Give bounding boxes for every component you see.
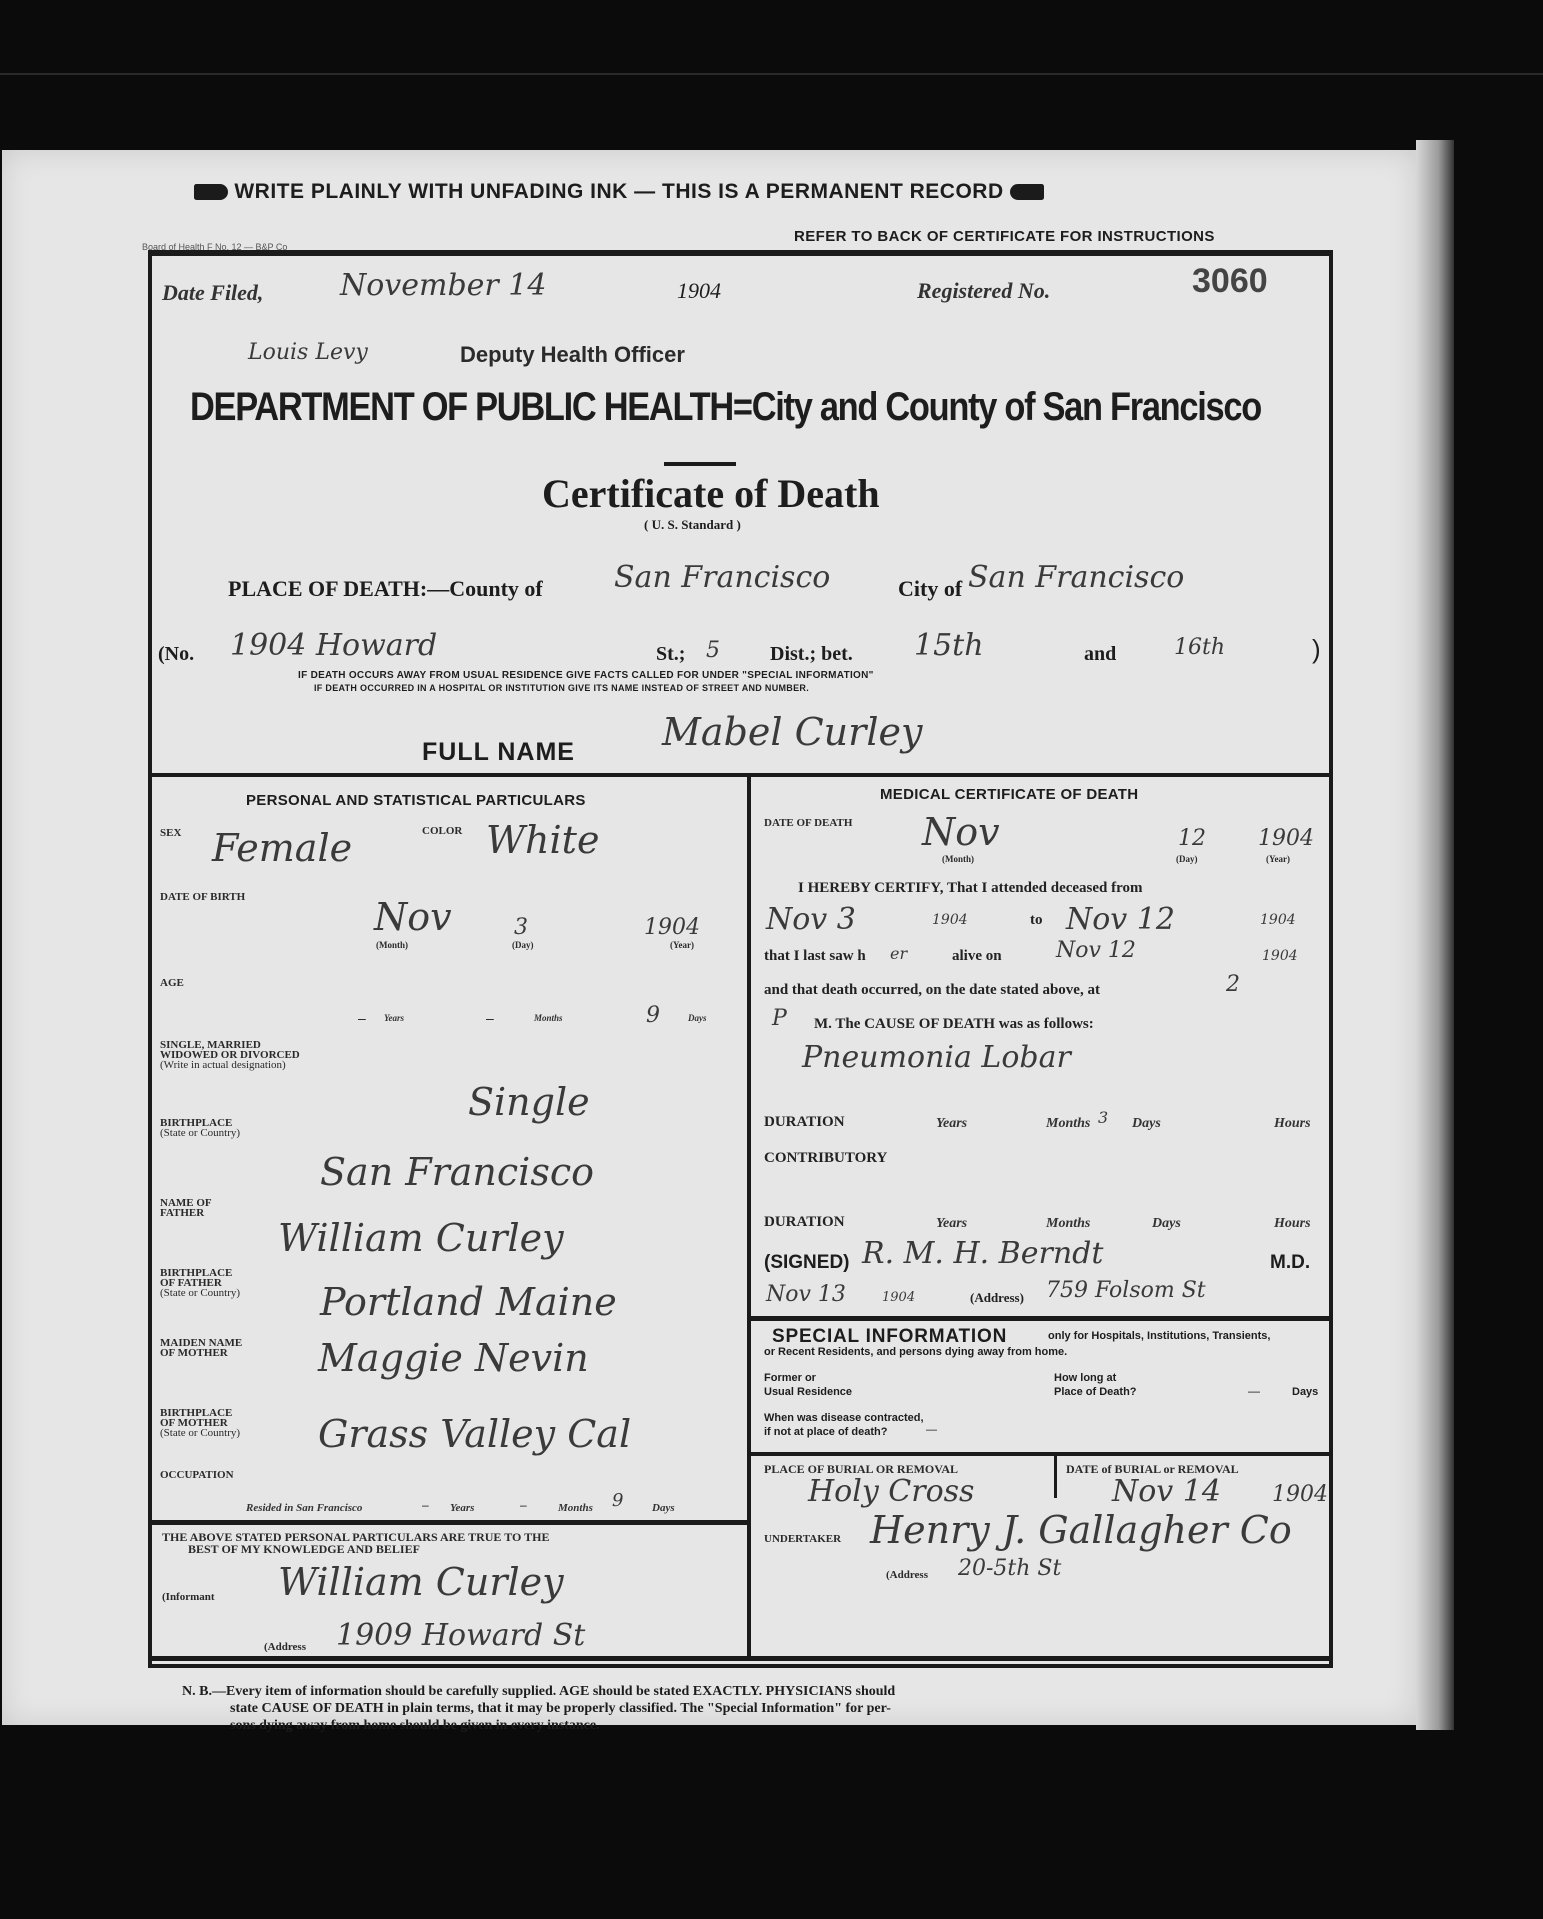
contracted-value: — [926,1424,937,1436]
resided-years-label: Years [450,1502,474,1514]
date-filed-year: 1904 [677,278,721,304]
resided-years: – [422,1498,429,1512]
undertaker-label: UNDERTAKER [764,1534,841,1545]
special-rule [751,1316,1329,1321]
personal-heading: PERSONAL AND STATISTICAL PARTICULARS [246,792,586,809]
instructions-note: REFER TO BACK OF CERTIFICATE FOR INSTRUC… [794,228,1215,245]
place-of-death-label: PLACE OF DEATH:—County of [228,576,543,602]
registered-label: Registered No. [917,278,1050,304]
certificate-subtitle: ( U. S. Standard ) [644,517,741,533]
to-label: to [1030,912,1043,929]
age-months-label: Months [534,1013,563,1023]
burial-year: 1904 [1272,1482,1328,1507]
attest-line-2: BEST OF MY KNOWLEDGE AND BELIEF [188,1544,420,1555]
footnote-line-2: state CAUSE OF DEATH in plain terms, tha… [230,1701,891,1717]
address-label: (Address) [970,1290,1024,1306]
duration-hours-label: Hours [1274,1116,1311,1132]
section-rule [152,773,1329,777]
attended-from-year: 1904 [932,912,968,928]
duration-years-label: Years [936,1116,967,1132]
contributory-label: CONTRIBUTORY [764,1150,887,1167]
place-note-2: IF DEATH OCCURRED IN A HOSPITAL OR INSTI… [314,683,809,693]
contracted-label-2: if not at place of death? [764,1426,887,1438]
pointing-hand-icon [1010,184,1044,200]
meridiem-value: P [772,1006,787,1031]
last-saw-label: that I last saw h [764,948,866,965]
occurred-text: and that death occurred, on the date sta… [764,982,1100,999]
footnote-line-1: N. B.—Every item of information should b… [182,1684,895,1700]
mother-bp-label-3: (State or Country) [160,1428,240,1439]
how-long-label-2: Place of Death? [1054,1386,1137,1398]
dod-label: DATE OF DEATH [764,818,852,829]
physician-address: 759 Folsom St [1046,1278,1206,1303]
dod-day: 12 [1178,826,1206,851]
title-divider [664,462,736,466]
duration-hours-label-2: Hours [1274,1216,1311,1232]
burial-place: Holy Cross [808,1474,974,1509]
full-name-label: FULL NAME [422,738,575,767]
place-city: San Francisco [968,560,1184,595]
date-filed-value: November 14 [340,268,546,303]
father-bp-label-3: (State or Country) [160,1288,240,1299]
age-years: – [358,1010,366,1026]
registered-number: 3060 [1192,262,1268,301]
date-filed-label: Date Filed, [162,280,263,306]
death-certificate: WRITE PLAINLY WITH UNFADING INK — THIS I… [2,150,1416,1725]
undertaker-address-label: (Address [886,1570,928,1581]
attended-to-year: 1904 [1260,912,1296,928]
duration-months-label: Months [1046,1116,1090,1132]
duration-days: 3 [1098,1108,1108,1127]
medical-heading: MEDICAL CERTIFICATE OF DEATH [880,786,1138,803]
informant-address: 1909 Howard St [336,1618,585,1653]
pointing-hand-icon [194,184,228,200]
burial-divider [1054,1456,1057,1498]
officer-signature: Louis Levy [248,340,368,365]
how-long-days-label: Days [1292,1386,1318,1398]
dist-label: Dist.; bet. [770,643,853,666]
signed-label: (SIGNED) [764,1252,850,1274]
attended-from: Nov 3 [766,902,856,937]
resided-months-label: Months [558,1502,593,1514]
sex-value: Female [212,826,352,870]
former-residence-label-2: Usual Residence [764,1386,852,1398]
cause-intro: M. The CAUSE OF DEATH was as follows: [814,1016,1094,1033]
duration-label-2: DURATION [764,1214,845,1231]
dod-year-label: (Year) [1266,854,1290,865]
burial-date: Nov 14 [1112,1474,1221,1509]
mother-name: Maggie Nevin [318,1336,589,1380]
father-birthplace: Portland Maine [320,1280,617,1324]
age-years-label: Years [384,1013,404,1023]
scan-backdrop-line [0,73,1543,75]
duration-days-label: Days [1132,1116,1161,1132]
dod-year: 1904 [1258,826,1314,851]
and-label: and [1084,643,1116,666]
dob-month: Nov [374,895,452,939]
attest-rule [152,1520,747,1525]
signed-date: Nov 13 [766,1282,846,1307]
age-label: AGE [160,978,184,989]
bottom-rule [148,1656,1333,1661]
no-label: (No. [158,643,194,666]
contracted-label-1: When was disease contracted, [764,1412,924,1424]
last-saw-year: 1904 [1262,948,1298,964]
how-long-value: — [1248,1384,1260,1398]
footnote-line-3: sons dying away from home should be give… [230,1718,600,1734]
banner: WRITE PLAINLY WITH UNFADING INK — THIS I… [194,180,1044,204]
full-name-value: Mabel Curley [662,710,922,754]
between-street-1: 15th [914,628,984,663]
alive-on-label: alive on [952,948,1002,965]
between-street-2: 16th [1174,635,1225,660]
special-heading: SPECIAL INFORMATION [772,1326,1007,1348]
officer-title: Deputy Health Officer [460,342,685,368]
banner-text: WRITE PLAINLY WITH UNFADING INK — THIS I… [234,180,1003,203]
informant-name: William Curley [278,1560,564,1604]
marital-label-3: (Write in actual designation) [160,1060,286,1071]
sex-label: SEX [160,828,181,839]
md-label: M.D. [1270,1252,1310,1274]
attended-to: Nov 12 [1066,902,1175,937]
color-label: COLOR [422,826,462,837]
informant-address-label: (Address [264,1642,306,1653]
closing-paren: ) [1312,634,1321,665]
occupation-label: OCCUPATION [160,1470,234,1481]
age-months: – [486,1010,494,1026]
father-label-2: FATHER [160,1208,204,1219]
how-long-label-1: How long at [1054,1372,1116,1384]
dob-day-label: (Day) [512,940,534,951]
informant-label: (Informant [162,1592,215,1603]
column-divider [747,773,751,1661]
undertaker-name: Henry J. Gallagher Co [870,1508,1292,1552]
birthplace-label-2: (State or Country) [160,1128,240,1139]
top-rule [148,250,1333,256]
last-saw-pronoun: er [890,944,907,963]
duration-months-label-2: Months [1046,1216,1090,1232]
physician-signature: R. M. H. Berndt [862,1236,1103,1271]
duration-years-label-2: Years [936,1216,967,1232]
dob-year: 1904 [644,915,700,940]
duration-days-label-2: Days [1152,1216,1181,1232]
dob-month-label: (Month) [376,940,408,951]
dob-label: DATE OF BIRTH [160,892,245,903]
father-name: William Curley [278,1216,564,1260]
special-note-2: or Recent Residents, and persons dying a… [764,1346,1067,1358]
last-saw-date: Nov 12 [1056,938,1136,963]
age-days: 9 [646,1003,660,1028]
dob-year-label: (Year) [670,940,694,951]
city-label: City of [898,576,962,602]
cause-of-death: Pneumonia Lobar [802,1040,1071,1075]
street-address: 1904 Howard [230,628,437,663]
age-days-label: Days [688,1013,707,1023]
department-title: DEPARTMENT OF PUBLIC HEALTH=City and Cou… [190,385,1261,430]
certificate-title: Certificate of Death [542,470,880,517]
dob-day: 3 [514,915,528,940]
resided-days-label: Days [652,1502,675,1514]
mother-birthplace: Grass Valley Cal [318,1412,631,1456]
place-county: San Francisco [614,560,830,595]
former-residence-label-1: Former or [764,1372,816,1384]
dod-month: Nov [922,810,1000,854]
time-of-death: 2 [1226,972,1240,997]
resided-label: Resided in San Francisco [246,1502,362,1514]
undertaker-address: 20-5th St [958,1556,1061,1581]
resided-days: 9 [612,1490,623,1511]
certify-text: I HEREBY CERTIFY, That I attended deceas… [798,880,1143,897]
signed-year: 1904 [882,1290,915,1305]
mother-label-2: OF MOTHER [160,1348,228,1359]
resided-months: – [520,1498,527,1512]
dod-day-label: (Day) [1176,854,1198,865]
place-note-1: IF DEATH OCCURS AWAY FROM USUAL RESIDENC… [298,670,874,681]
page-edge [1416,140,1454,1730]
dod-month-label: (Month) [942,854,974,865]
st-label: St.; [656,643,685,666]
burial-rule [751,1452,1329,1456]
birthplace-value: San Francisco [320,1150,594,1194]
special-note-1: only for Hospitals, Institutions, Transi… [1048,1330,1270,1342]
duration-label: DURATION [764,1114,845,1131]
marital-value: Single [468,1080,590,1124]
ward-value: 5 [706,638,720,663]
color-value: White [486,818,599,862]
